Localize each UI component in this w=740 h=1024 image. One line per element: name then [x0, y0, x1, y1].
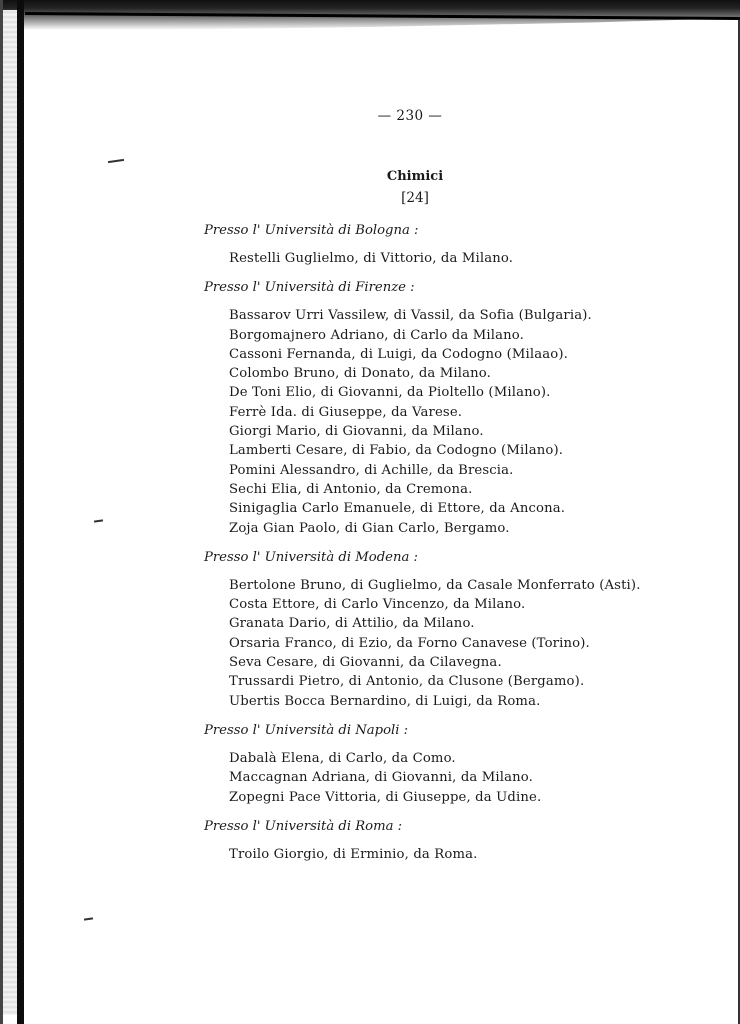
entry-list: Troilo Giorgio, di Erminio, da Roma.: [229, 845, 724, 864]
list-item: De Toni Elio, di Giovanni, da Pioltello …: [229, 383, 724, 402]
entry-list: Bertolone Bruno, di Guglielmo, da Casale…: [229, 576, 724, 711]
scan-speck: [84, 917, 93, 920]
list-item: Sinigaglia Carlo Emanuele, di Ettore, da…: [229, 499, 724, 518]
list-item: Ferrè Ida. di Giuseppe, da Varese.: [229, 403, 724, 422]
group-heading: Presso l' Università di Modena :: [204, 548, 724, 567]
scan-edge-inner: [3, 10, 17, 1015]
list-item: Borgomajnero Adriano, di Carlo da Milano…: [229, 326, 724, 345]
list-item: Bassarov Urri Vassilew, di Vassil, da So…: [229, 306, 724, 325]
list-item: Cassoni Fernanda, di Luigi, da Codogno (…: [229, 345, 724, 364]
scan-edge-bar: [17, 0, 24, 1024]
scan-binding-edge: [0, 0, 24, 1024]
list-item: Costa Ettore, di Carlo Vincenzo, da Mila…: [229, 595, 724, 614]
list-item: Pomini Alessandro, di Achille, da Bresci…: [229, 461, 724, 480]
group-bologna: Presso l' Università di Bologna : Restel…: [204, 221, 724, 268]
list-item: Orsaria Franco, di Ezio, da Forno Canave…: [229, 634, 724, 653]
group-firenze: Presso l' Università di Firenze : Bassar…: [204, 278, 724, 538]
section-title: Chimici: [0, 169, 740, 184]
group-napoli: Presso l' Università di Napoli : Dabalà …: [204, 721, 724, 807]
list-item: Seva Cesare, di Giovanni, da Cilavegna.: [229, 653, 724, 672]
list-item: Colombo Bruno, di Donato, da Milano.: [229, 364, 724, 383]
list-item: Trussardi Pietro, di Antonio, da Clusone…: [229, 672, 724, 691]
group-roma: Presso l' Università di Roma : Troilo Gi…: [204, 817, 724, 864]
page-number: — 230 —: [0, 108, 740, 124]
group-modena: Presso l' Università di Modena : Bertolo…: [204, 548, 724, 711]
list-item: Bertolone Bruno, di Guglielmo, da Casale…: [229, 576, 724, 595]
group-heading: Presso l' Università di Napoli :: [204, 721, 724, 740]
university-list: Presso l' Università di Bologna : Restel…: [204, 221, 724, 874]
list-item: Maccagnan Adriana, di Giovanni, da Milan…: [229, 768, 724, 787]
scan-speck: [94, 519, 103, 522]
list-item: Sechi Elia, di Antonio, da Cremona.: [229, 480, 724, 499]
list-item: Restelli Guglielmo, di Vittorio, da Mila…: [229, 249, 724, 268]
list-item: Lamberti Cesare, di Fabio, da Codogno (M…: [229, 441, 724, 460]
list-item: Zoja Gian Paolo, di Gian Carlo, Bergamo.: [229, 519, 724, 538]
group-heading: Presso l' Università di Roma :: [204, 817, 724, 836]
list-item: Dabalà Elena, di Carlo, da Como.: [229, 749, 724, 768]
entry-list: Restelli Guglielmo, di Vittorio, da Mila…: [229, 249, 724, 268]
list-item: Troilo Giorgio, di Erminio, da Roma.: [229, 845, 724, 864]
group-heading: Presso l' Università di Bologna :: [204, 221, 724, 240]
scan-speck: [108, 159, 124, 163]
list-item: Ubertis Bocca Bernardino, di Luigi, da R…: [229, 692, 724, 711]
section-reference: [24]: [0, 190, 740, 206]
list-item: Zopegni Pace Vittoria, di Giuseppe, da U…: [229, 788, 724, 807]
list-item: Granata Dario, di Attilio, da Milano.: [229, 614, 724, 633]
entry-list: Bassarov Urri Vassilew, di Vassil, da So…: [229, 306, 724, 538]
entry-list: Dabalà Elena, di Carlo, da Como. Maccagn…: [229, 749, 724, 807]
group-heading: Presso l' Università di Firenze :: [204, 278, 724, 297]
list-item: Giorgi Mario, di Giovanni, da Milano.: [229, 422, 724, 441]
